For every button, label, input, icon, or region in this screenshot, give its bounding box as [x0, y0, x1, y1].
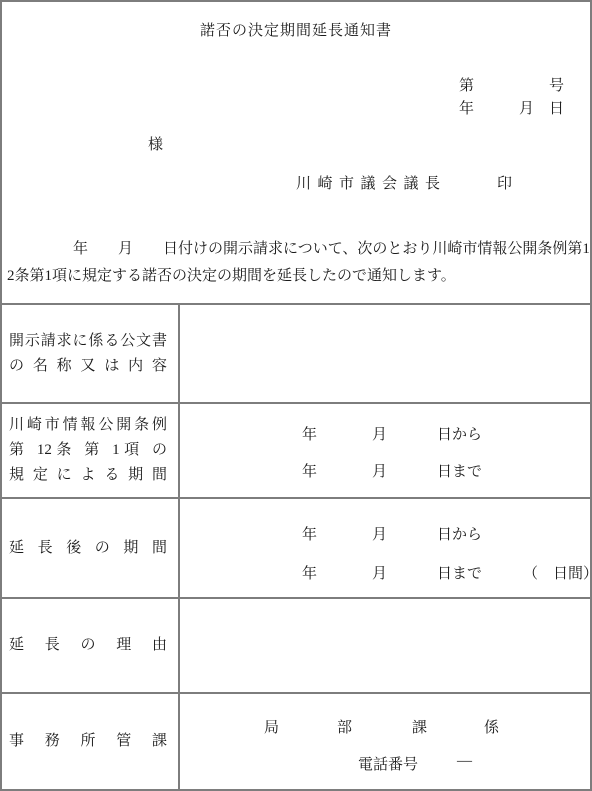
statutory-from-month-label: 月 [372, 423, 387, 444]
row-header-document-name: 開示請求に係る公文書 の 名 称 又 は 内 容 [2, 305, 180, 402]
extended-days-count-label: （ 日間） [523, 562, 592, 583]
statutory-from-year-label: 年 [302, 423, 317, 444]
extended-to-day-label: 日まで [437, 562, 482, 583]
sender-name: 川崎市議会議長 [296, 172, 447, 193]
table-row-extended-period: 延 長 後 の 期 間 年 月 日から 年 月 日まで （ 日間） [2, 499, 590, 599]
statutory-from-day-label: 日から [437, 423, 482, 444]
field-extension-reason [180, 599, 590, 692]
statutory-to-year-label: 年 [302, 460, 317, 481]
phone-number-dash: ― [457, 753, 472, 770]
row-header-extension-reason: 延 長 の 理 由 [2, 599, 180, 692]
seal-placeholder: 印 [497, 172, 512, 193]
document-page: 諾否の決定期間延長通知書 第 号 年 月 日 様 川崎市議会議長 印 年 月 日… [0, 0, 592, 791]
field-responsible-office: 局 部 課 係 電話番号 ― [180, 694, 590, 789]
doc-number-block: 第 号 年 月 日 [459, 75, 564, 121]
doc-number-line: 第 号 [459, 75, 564, 98]
field-extended-period: 年 月 日から 年 月 日まで （ 日間） [180, 499, 590, 597]
table-row-responsible-office: 事 務 所 管 課 局 部 課 係 電話番号 ― [2, 694, 590, 789]
extended-from-month-label: 月 [372, 523, 387, 544]
extended-from-year-label: 年 [302, 523, 317, 544]
table-row-extension-reason: 延 長 の 理 由 [2, 599, 590, 694]
extended-to-year-label: 年 [302, 562, 317, 583]
field-document-name [180, 305, 590, 402]
row-header-extended-period: 延 長 後 の 期 間 [2, 499, 180, 597]
subsection-label: 係 [484, 716, 499, 737]
statutory-to-day-label: 日まで [437, 460, 482, 481]
extended-to-month-label: 月 [372, 562, 387, 583]
extended-from-day-label: 日から [437, 523, 482, 544]
form-table: 開示請求に係る公文書 の 名 称 又 は 内 容 川崎市情報公開条例 第 12条… [2, 303, 590, 789]
addressee-honorific: 様 [148, 133, 163, 154]
phone-number-label: 電話番号 [358, 753, 418, 774]
bureau-label: 局 [264, 716, 279, 737]
field-statutory-period: 年 月 日から 年 月 日まで [180, 404, 590, 497]
department-label: 部 [337, 716, 352, 737]
section-label: 課 [412, 716, 427, 737]
table-row-statutory-period: 川崎市情報公開条例 第 12条 第 1項 の 規 定 に よ る 期 間 年 月… [2, 404, 590, 499]
row-header-statutory-period: 川崎市情報公開条例 第 12条 第 1項 の 規 定 に よ る 期 間 [2, 404, 180, 497]
body-line-2: 2条第1項に規定する諾否の決定の期間を延長したので通知します。 [7, 263, 587, 290]
page-title: 諾否の決定期間延長通知書 [2, 19, 590, 40]
row-header-responsible-office: 事 務 所 管 課 [2, 694, 180, 789]
table-row-document-name: 開示請求に係る公文書 の 名 称 又 は 内 容 [2, 305, 590, 404]
statutory-to-month-label: 月 [372, 460, 387, 481]
doc-date-line: 年 月 日 [459, 98, 564, 121]
body-line-1: 年 月 日付けの開示請求について、次のとおり川崎市情報公開条例第1 [7, 236, 587, 263]
body-paragraph: 年 月 日付けの開示請求について、次のとおり川崎市情報公開条例第1 2条第1項に… [7, 236, 587, 290]
